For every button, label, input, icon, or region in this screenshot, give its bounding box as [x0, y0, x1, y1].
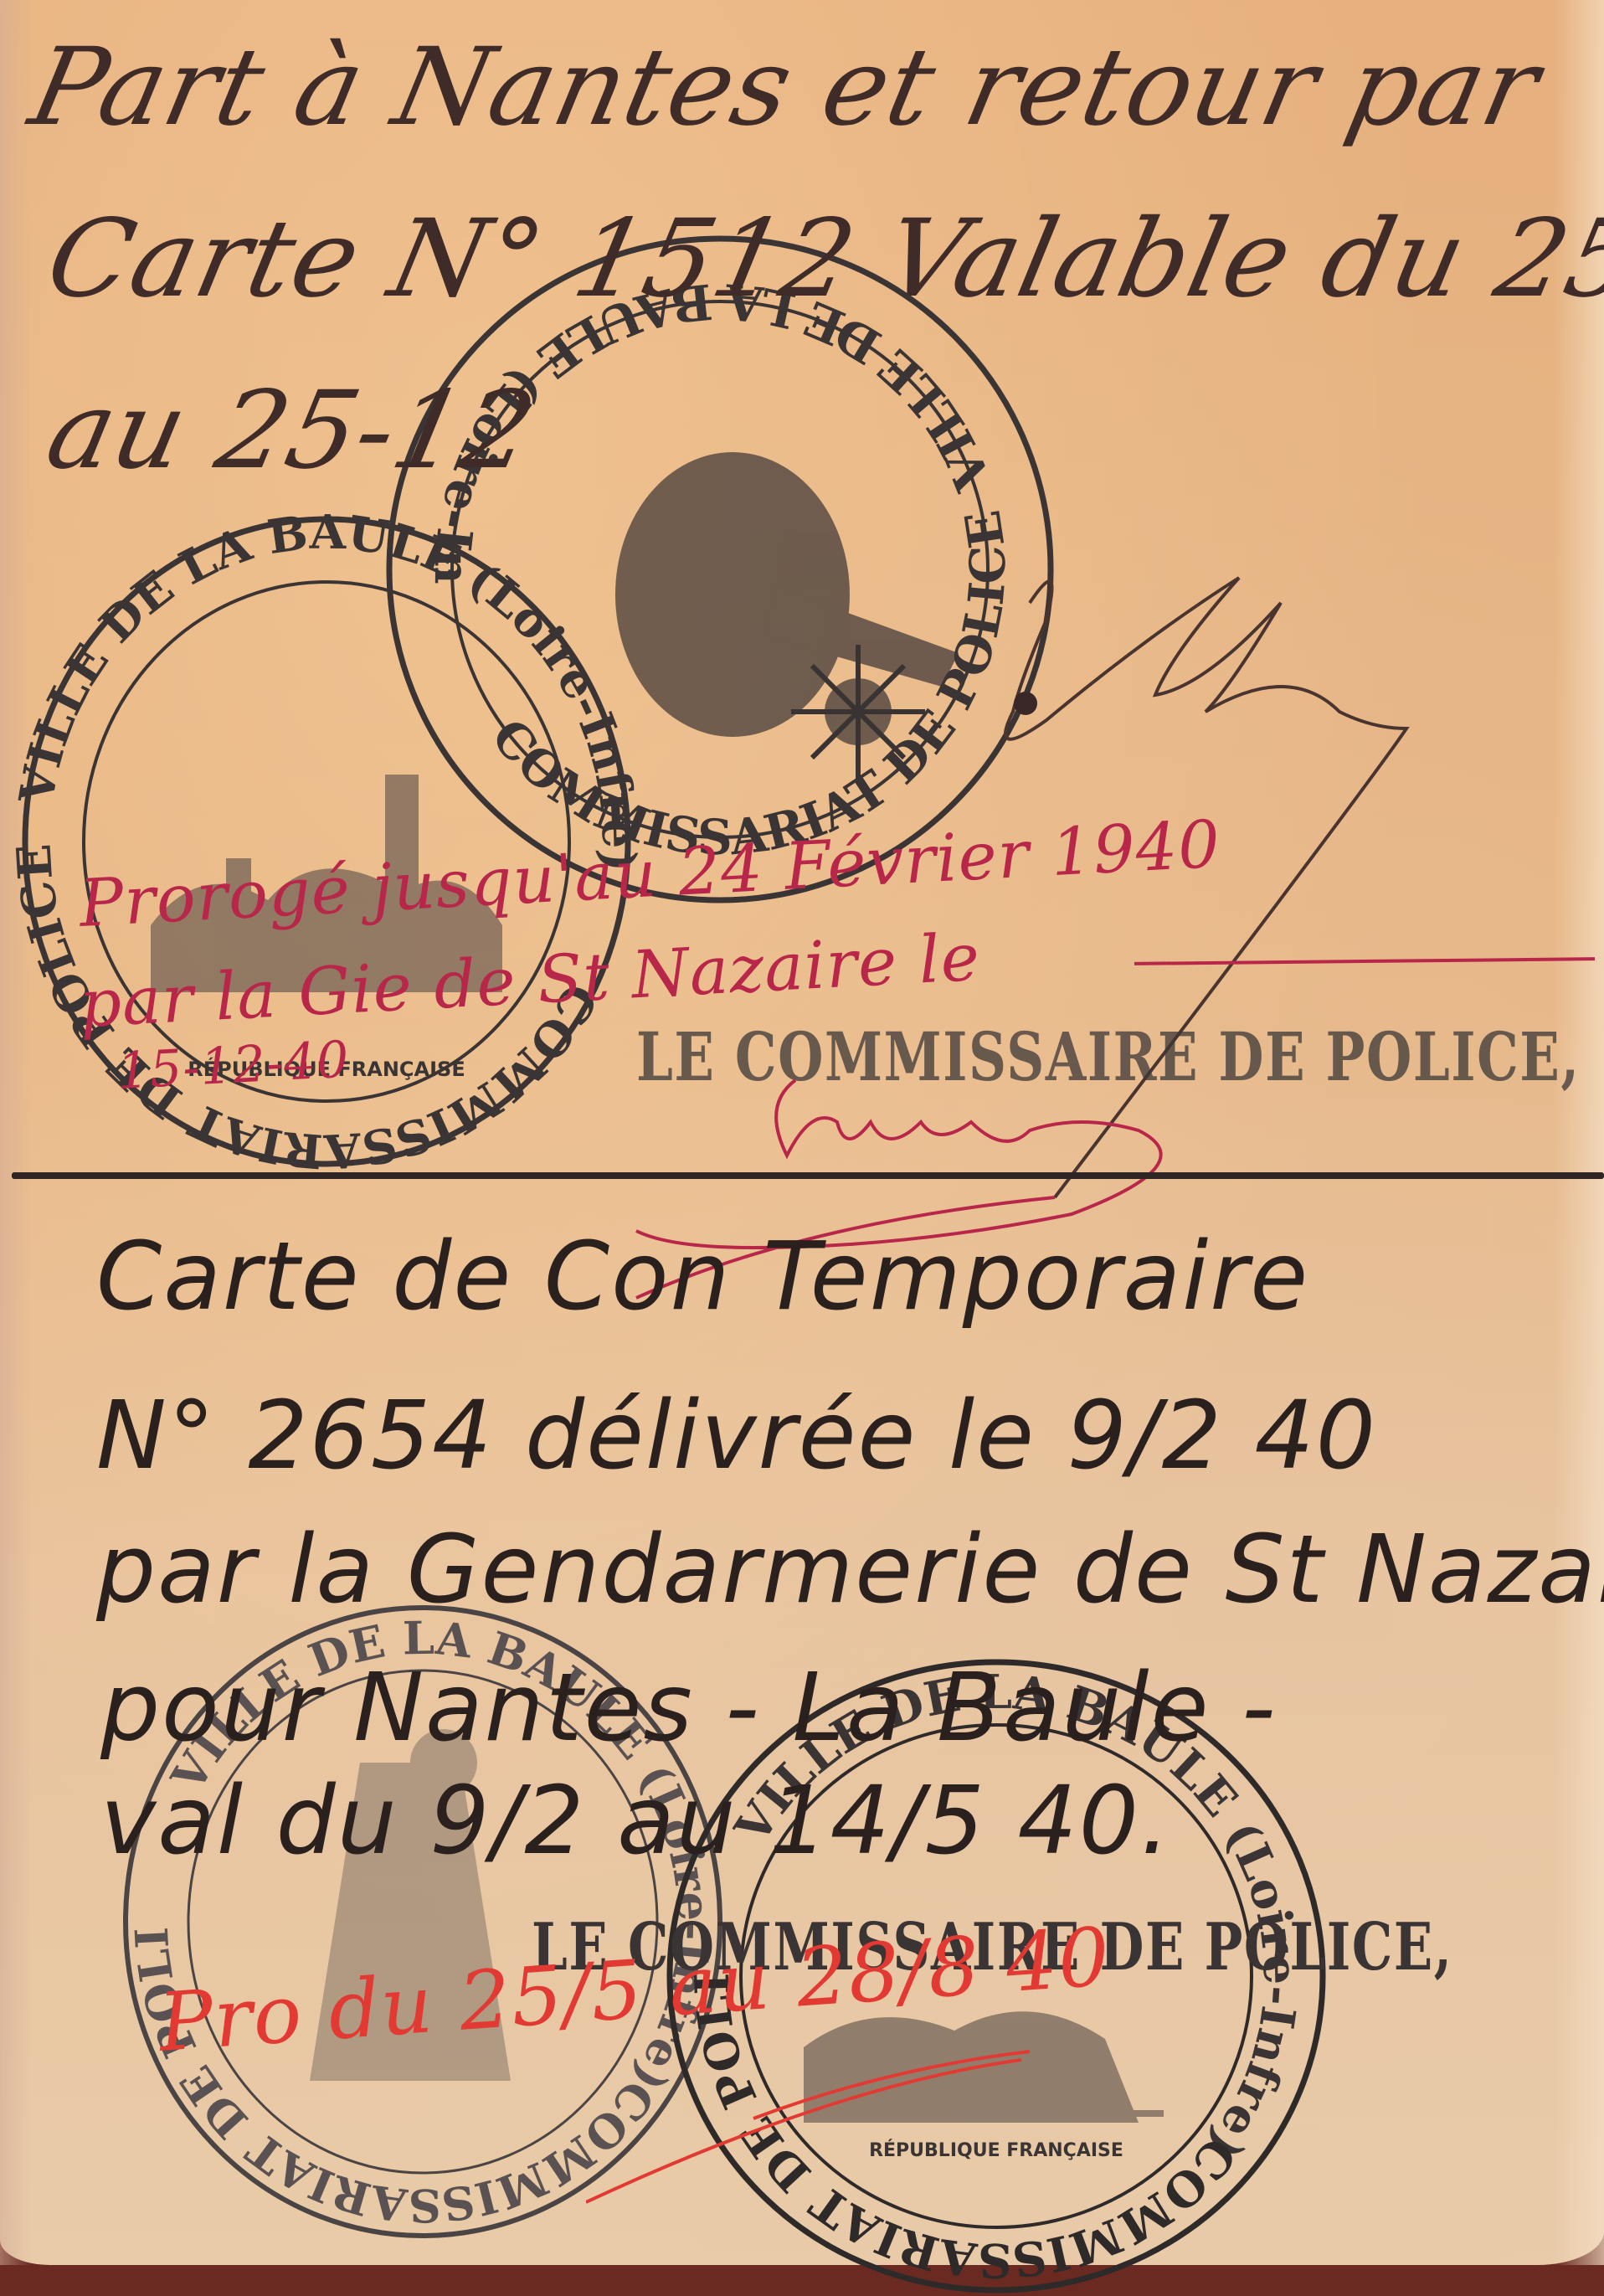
- handwriting-line-2: Carte N° 1512 Valable du 25-11: [37, 197, 1604, 322]
- document-paper: VILLE DE LA BAULE (Loire-Infre) COMMISSA…: [0, 0, 1604, 2265]
- red-annotation-line-3: 15-12-40: [116, 1031, 351, 1101]
- section-divider: [12, 1172, 1604, 1179]
- red-strike-lower: [586, 1993, 1423, 2244]
- handwriting-line-1: Part à Nantes et retour par: [20, 25, 1550, 150]
- handwriting-lower-line-1: Carte de Con Temporaire: [96, 1223, 1309, 1331]
- handwriting-lower-line-4: pour Nantes - La Baule -: [100, 1654, 1278, 1763]
- handwriting-lower-line-5: val du 9/2 au 14/5 40.: [100, 1767, 1172, 1876]
- handwriting-lower-line-3: par la Gendarmerie de St Nazaire: [96, 1516, 1604, 1624]
- handwriting-lower-line-2: N° 2654 délivrée le 9/2 40: [96, 1382, 1377, 1490]
- handwriting-line-3: au 25-12: [37, 368, 546, 493]
